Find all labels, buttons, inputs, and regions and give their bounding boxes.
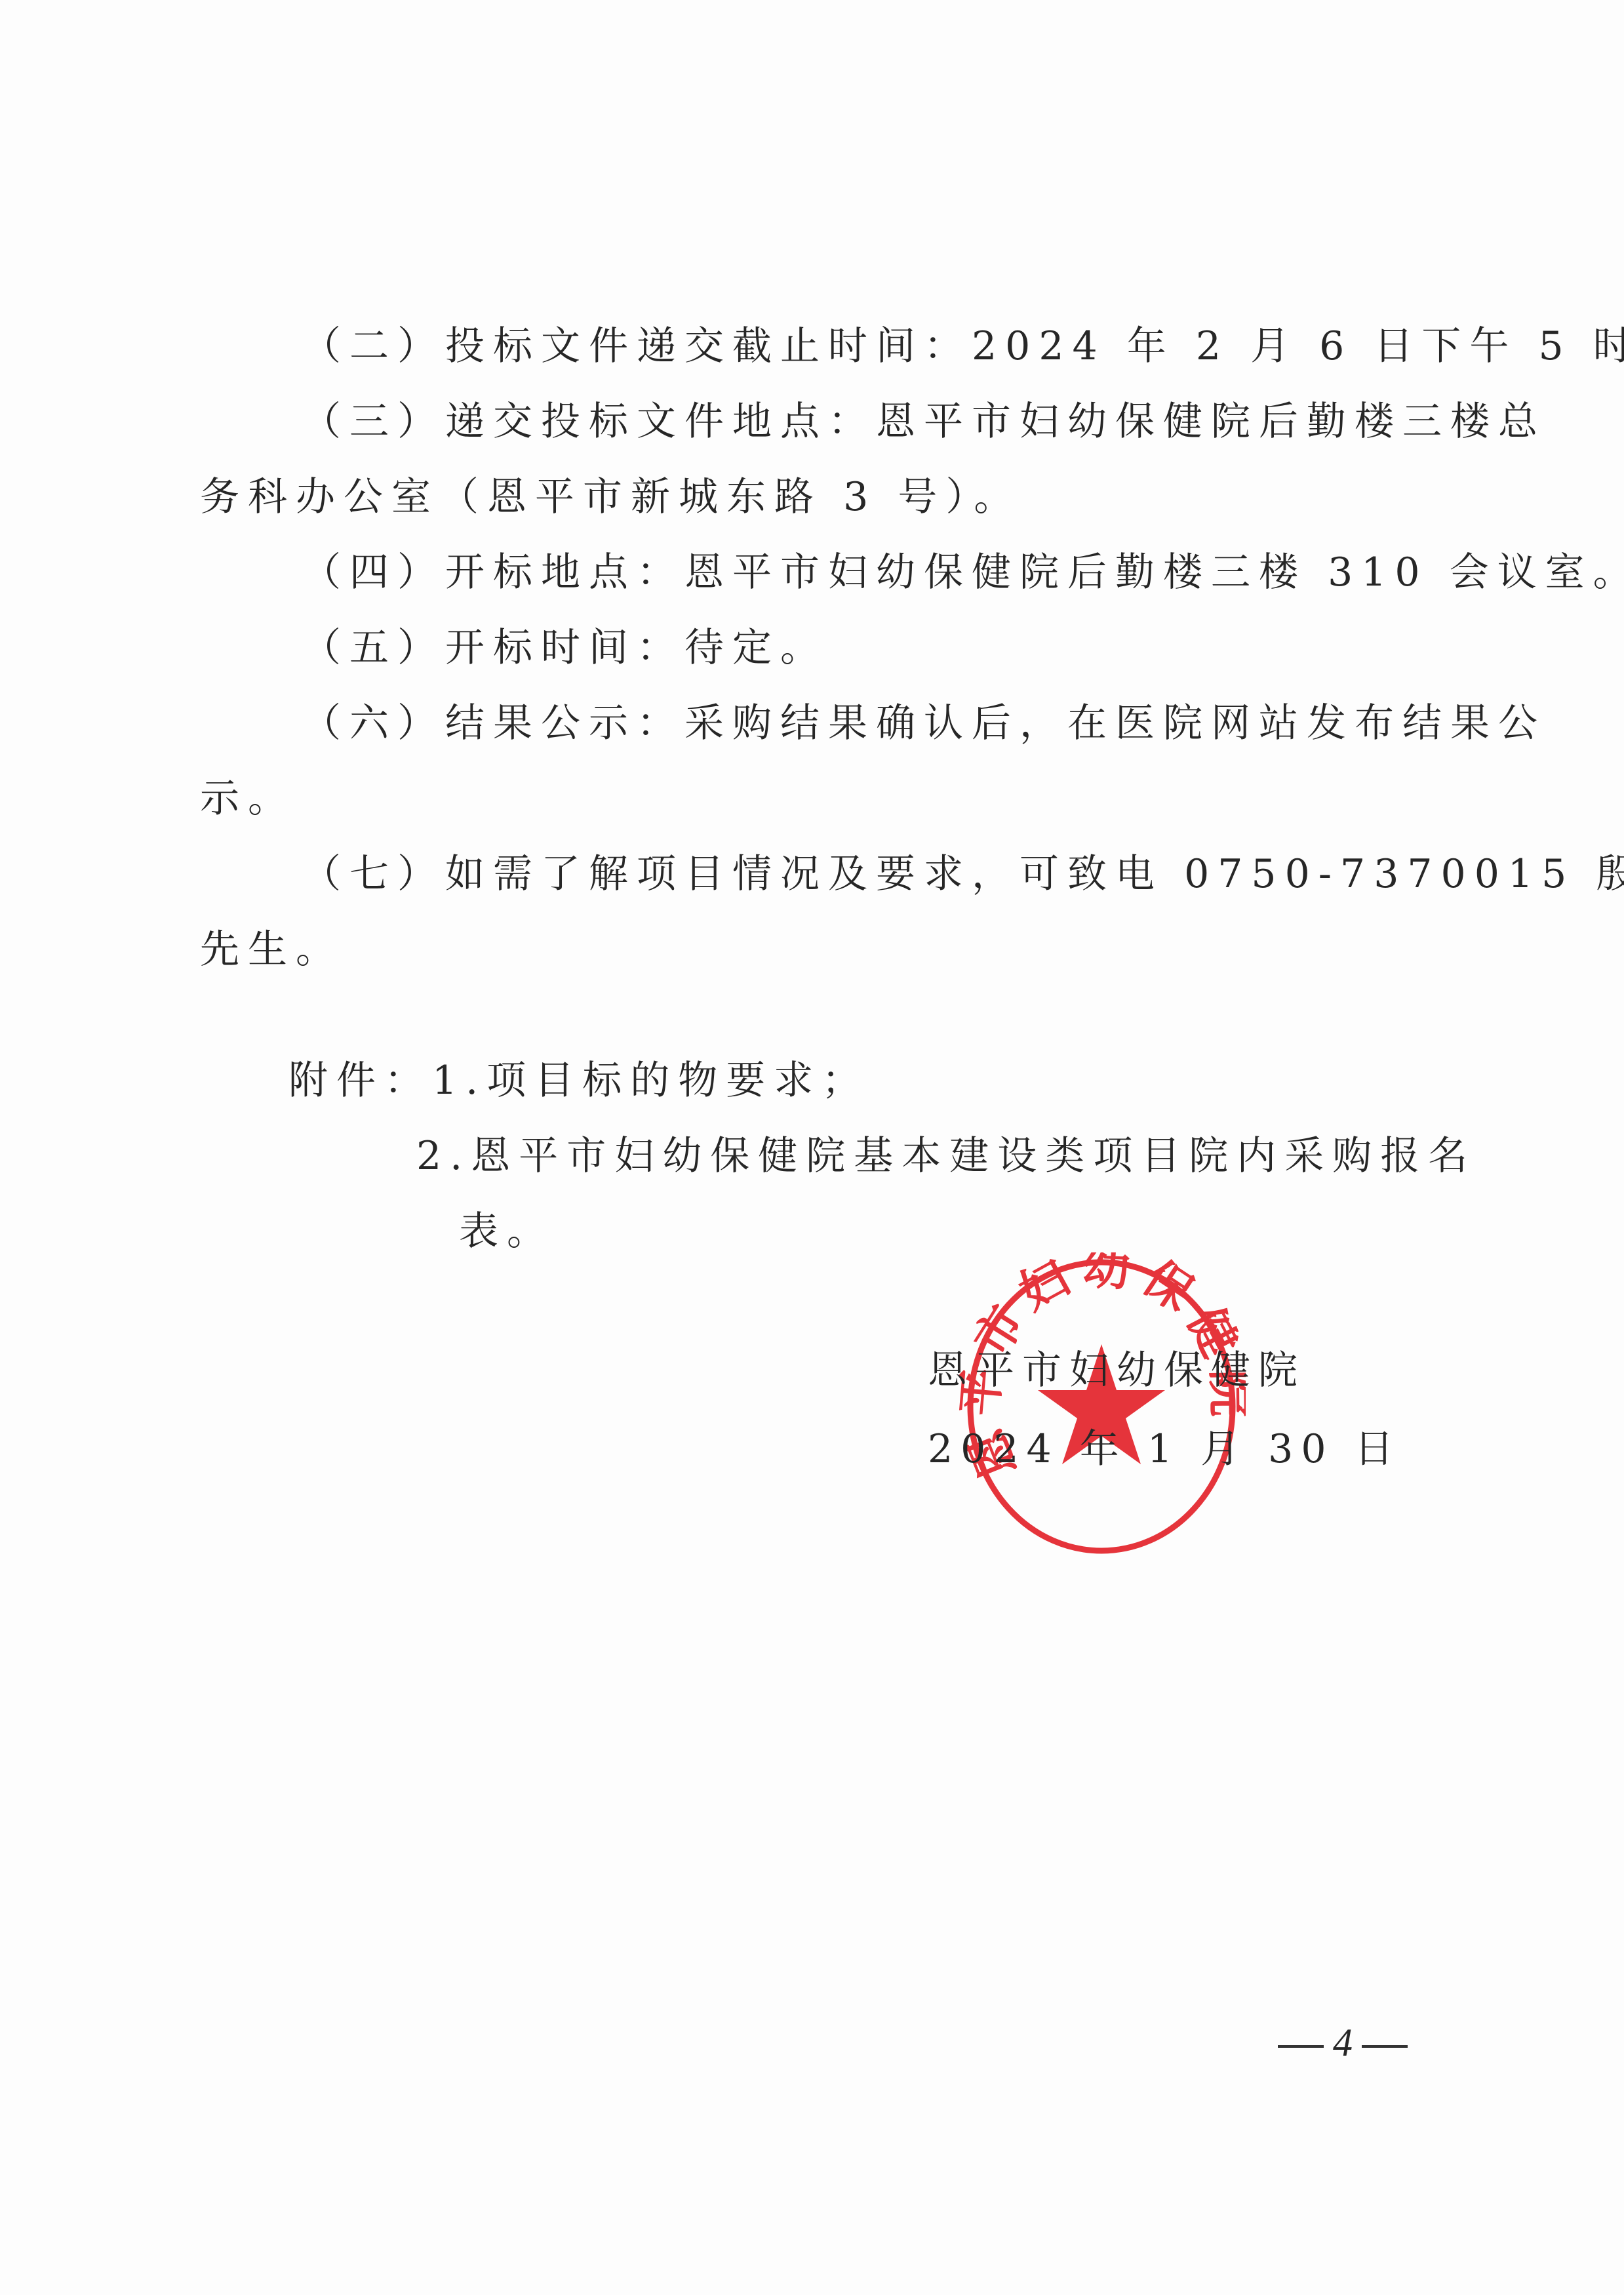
- paragraph-contact-info-cont: 先生。: [200, 923, 344, 976]
- attachment-number: 2.: [416, 1133, 471, 1179]
- attachment-text: 恩平市妇幼保健院基本建设类项目院内采购报名: [471, 1133, 1476, 1179]
- attachment-list-item-2: 2.恩平市妇幼保健院基本建设类项目院内采购报名: [416, 1130, 1476, 1182]
- attachment-text: 项目标的物要求；: [486, 1058, 869, 1104]
- official-seal-stamp: 恩平市妇幼保健院: [957, 1252, 1246, 1561]
- paragraph-result-announcement: （六）结果公示：采购结果确认后，在医院网站发布结果公: [302, 697, 1546, 749]
- page-number-dash-right: [1362, 2045, 1408, 2048]
- paragraph-contact-info: （七）如需了解项目情况及要求，可致电 0750-7370015 殷: [302, 848, 1624, 900]
- document-page: （二）投标文件递交截止时间：2024 年 2 月 6 日下午 5 时。 （三）递…: [0, 0, 1624, 2295]
- paragraph-bid-submission-location: （三）递交投标文件地点：恩平市妇幼保健院后勤楼三楼总: [302, 395, 1546, 448]
- signature-date: 2024 年 1 月 30 日: [928, 1423, 1402, 1475]
- page-number: 4: [1269, 2016, 1417, 2069]
- attachment-number: 1.: [432, 1058, 486, 1104]
- page-number-value: 4: [1333, 2021, 1353, 2064]
- page-number-dash-left: [1278, 2045, 1324, 2048]
- paragraph-bid-opening-location: （四）开标地点：恩平市妇幼保健院后勤楼三楼 310 会议室。: [302, 546, 1624, 599]
- paragraph-bid-opening-time: （五）开标时间：待定。: [302, 622, 828, 674]
- attachment-label: 附件：: [288, 1058, 432, 1104]
- signature-organization: 恩平市妇幼保健院: [928, 1344, 1305, 1397]
- paragraph-bid-deadline: （二）投标文件递交截止时间：2024 年 2 月 6 日下午 5 时。: [302, 320, 1624, 372]
- attachment-list-item-1: 附件：1.项目标的物要求；: [288, 1054, 869, 1107]
- paragraph-result-announcement-cont: 示。: [200, 772, 296, 825]
- attachment-list-item-2-cont: 表。: [459, 1205, 555, 1258]
- paragraph-bid-submission-location-cont: 务科办公室（恩平市新城东路 3 号）。: [200, 471, 1021, 523]
